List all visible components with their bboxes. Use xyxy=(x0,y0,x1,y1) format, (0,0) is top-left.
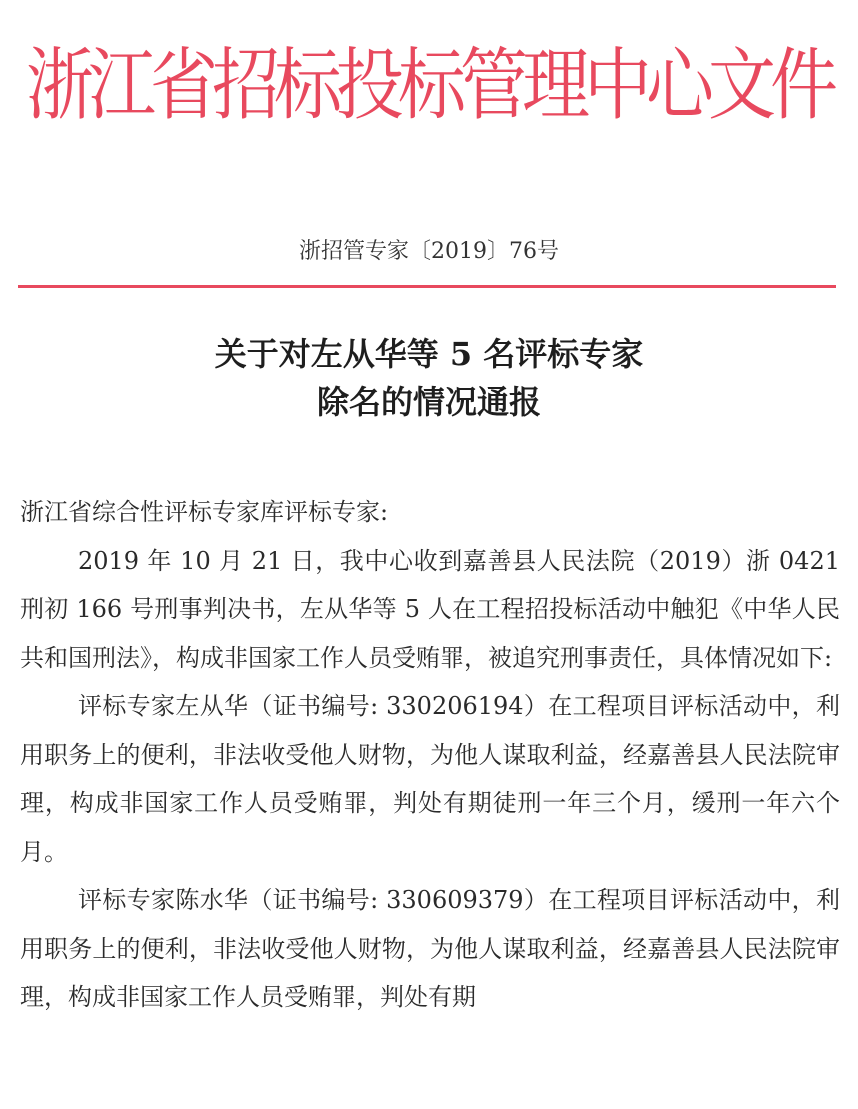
document-body: 浙江省综合性评标专家库评标专家: 2019 年 10 月 21 日，我中心收到嘉… xyxy=(20,488,840,1022)
paragraph-intro: 2019 年 10 月 21 日，我中心收到嘉善县人民法院（2019）浙 042… xyxy=(20,537,840,683)
paragraph-expert-2: 评标专家陈水华（证书编号: 330609379）在工程项目评标活动中，利用职务上… xyxy=(20,876,840,1022)
paragraph-expert-1: 评标专家左从华（证书编号: 330206194）在工程项目评标活动中，利用职务上… xyxy=(20,682,840,876)
document-number: 浙招管专家〔2019〕76号 xyxy=(0,232,858,272)
notice-title: 关于对左从华等 5 名评标专家 除名的情况通报 xyxy=(0,330,858,426)
red-divider-line xyxy=(18,285,836,288)
notice-title-line-2: 除名的情况通报 xyxy=(0,378,858,426)
notice-title-line-1: 关于对左从华等 5 名评标专家 xyxy=(0,330,858,378)
salutation: 浙江省综合性评标专家库评标专家: xyxy=(20,488,840,537)
document-header-title: 浙江省招标投标管理中心文件 xyxy=(0,35,858,139)
